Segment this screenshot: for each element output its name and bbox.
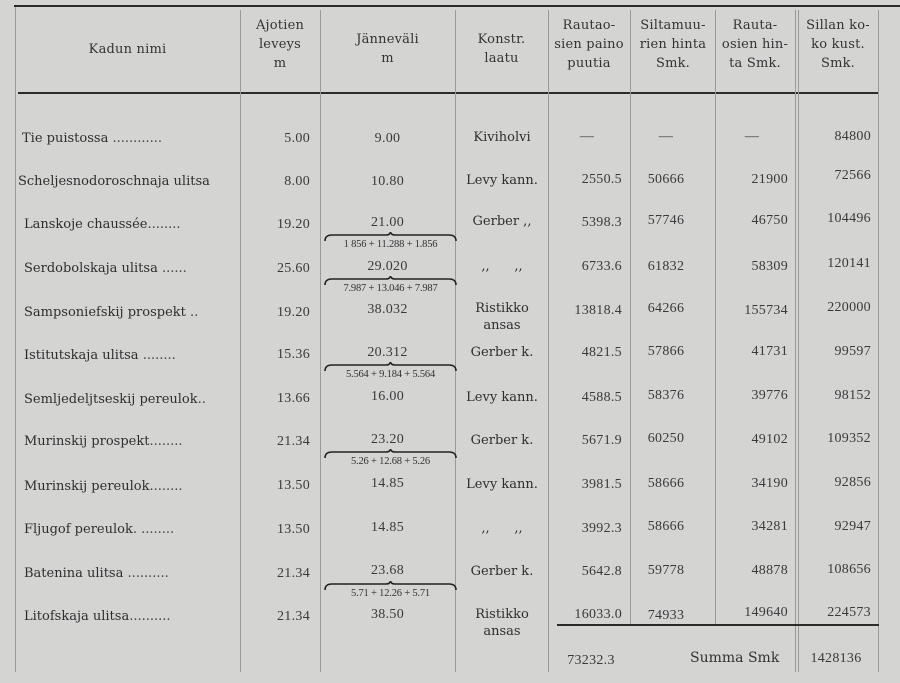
- street-name: Lanskoje chaussée: [24, 217, 148, 232]
- span-breakdown-brace: 5.26 + 12.68 + 5.26: [324, 449, 457, 473]
- header-line: m: [240, 54, 320, 73]
- span-cell: 14.85: [320, 475, 455, 493]
- leader-dots: ..........: [123, 566, 168, 581]
- scanned-table-page: Kadun nimi Ajotien leveys m Jänneväli m …: [0, 0, 900, 683]
- street-name-cell: Sampsoniefskij prospekt ..: [24, 304, 239, 322]
- span-cell: 16.00: [320, 388, 455, 406]
- roadway-width-cell: 25.60: [240, 260, 310, 278]
- roadway-width-cell: 13.50: [240, 521, 310, 539]
- span-cell: 10.80: [320, 173, 455, 191]
- iron-cost-cell: 46750: [716, 212, 788, 230]
- leader-dots: ........: [139, 348, 176, 363]
- construction-type-line: Ristikko: [456, 606, 548, 623]
- wall-cost-cell: 61832: [630, 258, 702, 276]
- span-cell: 20.312: [320, 344, 455, 362]
- span-cell: 23.68: [320, 562, 455, 580]
- roadway-width-cell: 15.36: [240, 346, 310, 364]
- header-wall-cost: Siltamuu- rien hinta Smk.: [628, 16, 718, 73]
- iron-cost-cell: 34190: [716, 475, 788, 493]
- street-name: Scheljesnodoroschnaja ulitsa: [18, 174, 210, 189]
- total-cost-cell: 98152: [797, 387, 871, 405]
- grand-total-cost: 1428136: [800, 650, 872, 668]
- header-street-name: Kadun nimi: [15, 40, 240, 59]
- construction-type-cell: Kiviholvi: [456, 129, 548, 146]
- street-name-cell: Murinskij pereulok........: [24, 478, 239, 496]
- construction-type-line: Gerber k.: [456, 432, 548, 449]
- wall-cost-cell: 59778: [630, 562, 702, 580]
- street-name: Murinskij pereulok: [24, 479, 149, 494]
- wall-cost-cell: 57746: [630, 212, 702, 230]
- header-line: Rauta-: [713, 16, 797, 35]
- construction-type-line: Ristikko: [456, 300, 548, 317]
- street-name-cell: Scheljesnodoroschnaja ulitsa: [18, 173, 233, 191]
- iron-cost-cell: 34281: [716, 518, 788, 536]
- roadway-width-cell: 19.20: [240, 304, 310, 322]
- header-line: puutia: [544, 54, 634, 73]
- construction-type-line: Gerber k.: [456, 344, 548, 361]
- street-name: Murinskij prospekt: [24, 434, 149, 449]
- header-rule: [18, 92, 878, 94]
- header-line: laatu: [455, 49, 548, 68]
- span-parts: 5.564 + 9.184 + 5.564: [324, 369, 457, 380]
- leader-dots: ..: [186, 305, 198, 320]
- span-cell: 14.85: [320, 519, 455, 537]
- iron-weight-cell: 13818.4: [548, 302, 622, 320]
- construction-type-cell: Gerber ,,: [456, 213, 548, 230]
- street-name-cell: Serdobolskaja ulitsa ......: [24, 260, 239, 278]
- total-cost-cell: 220000: [797, 299, 871, 317]
- iron-cost-cell: 41731: [716, 343, 788, 361]
- construction-type-cell: Levy kann.: [456, 389, 548, 406]
- wall-cost-cell: 60250: [630, 430, 702, 448]
- street-name: Fljugof pereulok: [24, 522, 133, 537]
- total-cost-cell: 108656: [797, 561, 871, 579]
- span-parts: 5.26 + 12.68 + 5.26: [324, 456, 457, 467]
- total-cost-cell: 120141: [797, 255, 871, 273]
- total-cost-cell: 99597: [797, 343, 871, 361]
- iron-weight-cell: 6733.6: [548, 258, 622, 276]
- header-line: Konstr.: [455, 30, 548, 49]
- iron-cost-cell: 21900: [716, 171, 788, 189]
- roadway-width-cell: 13.50: [240, 477, 310, 495]
- roadway-width-cell: 5.00: [240, 130, 310, 148]
- wall-cost-cell: 50666: [630, 171, 702, 189]
- construction-type-line: Levy kann.: [456, 476, 548, 493]
- iron-cost-cell: 155734: [716, 302, 788, 320]
- header-line: Jänneväli: [320, 30, 455, 49]
- totals-rule: [557, 624, 879, 626]
- street-name-cell: Lanskoje chaussée........: [24, 216, 239, 234]
- wall-cost-cell: 58376: [630, 387, 702, 405]
- construction-type-line: ansas: [456, 317, 548, 334]
- iron-weight-cell: 5671.9: [548, 432, 622, 450]
- wall-cost-cell: 57866: [630, 343, 702, 361]
- street-name: Serdobolskaja ulitsa: [24, 261, 158, 276]
- construction-type-line: Gerber ,,: [456, 213, 548, 230]
- street-name: Tie puistossa: [22, 131, 108, 146]
- construction-type-cell: Gerber k.: [456, 344, 548, 361]
- construction-type-cell: Levy kann.: [456, 476, 548, 493]
- span-cell: 38.50: [320, 606, 455, 624]
- wall-cost-cell: 74933: [630, 607, 702, 625]
- iron-cost-cell: 58309: [716, 258, 788, 276]
- wall-cost-cell: —: [630, 128, 702, 146]
- street-name-cell: Murinskij prospekt........: [24, 433, 239, 451]
- total-cost-cell: 109352: [797, 430, 871, 448]
- leader-dots: . ........: [133, 522, 174, 537]
- total-cost-cell: 72566: [797, 167, 871, 185]
- header-construction-type: Konstr. laatu: [455, 30, 548, 68]
- span-parts: 5.71 + 12.26 + 5.71: [324, 588, 457, 599]
- roadway-width-cell: 19.20: [240, 216, 310, 234]
- construction-type-line: ,, ,,: [456, 520, 548, 537]
- street-name: Istitutskaja ulitsa: [24, 348, 139, 363]
- column-divider: [878, 10, 879, 672]
- construction-type-cell: Gerber k.: [456, 432, 548, 449]
- leader-dots: ......: [158, 261, 187, 276]
- construction-type-line: Kiviholvi: [456, 129, 548, 146]
- iron-weight-cell: 4821.5: [548, 344, 622, 362]
- leader-dots: ........: [148, 217, 181, 232]
- span-cell: 9.00: [320, 130, 455, 148]
- total-iron-weight: 73232.3: [556, 652, 626, 670]
- leader-dots: ........: [149, 479, 182, 494]
- header-line: Smk.: [628, 54, 718, 73]
- street-name-cell: Fljugof pereulok. ........: [24, 521, 239, 539]
- span-breakdown-brace: 1 856 + 11.288 + 1.856: [324, 232, 457, 256]
- wall-cost-cell: 58666: [630, 518, 702, 536]
- top-rule: [14, 5, 900, 7]
- street-name-cell: Semljedeljtseskij pereulok..: [24, 391, 239, 409]
- header-line: sien paino: [544, 35, 634, 54]
- header-line: Sillan ko-: [795, 16, 881, 35]
- header-iron-weight: Rautao- sien paino puutia: [544, 16, 634, 73]
- construction-type-cell: Gerber k.: [456, 563, 548, 580]
- header-label: Kadun nimi: [89, 42, 167, 57]
- leader-dots: ........: [149, 434, 182, 449]
- construction-type-line: ,, ,,: [456, 258, 548, 275]
- wall-cost-cell: 58666: [630, 475, 702, 493]
- iron-weight-cell: 4588.5: [548, 389, 622, 407]
- header-line: ta Smk.: [713, 54, 797, 73]
- iron-weight-cell: 5642.8: [548, 563, 622, 581]
- construction-type-cell: ,, ,,: [456, 258, 548, 275]
- construction-type-cell: Levy kann.: [456, 172, 548, 189]
- total-cost-cell: 92947: [797, 518, 871, 536]
- header-iron-cost: Rauta- osien hin- ta Smk.: [713, 16, 797, 73]
- header-line: Smk.: [795, 54, 881, 73]
- leader-dots: ..: [198, 392, 206, 407]
- header-line: Siltamuu-: [628, 16, 718, 35]
- roadway-width-cell: 8.00: [240, 173, 310, 191]
- wall-cost-cell: 64266: [630, 300, 702, 318]
- street-name: Batenina ulitsa: [24, 566, 123, 581]
- total-cost-cell: 224573: [797, 604, 871, 622]
- span-cell: 38.032: [320, 301, 455, 319]
- street-name-cell: Tie puistossa ............: [22, 130, 237, 148]
- header-span: Jänneväli m: [320, 30, 455, 68]
- street-name-cell: Istitutskaja ulitsa ........: [24, 347, 239, 365]
- iron-weight-cell: 3981.5: [548, 476, 622, 494]
- construction-type-cell: ,, ,,: [456, 520, 548, 537]
- header-total-cost: Sillan ko- ko kust. Smk.: [795, 16, 881, 73]
- header-line: rien hinta: [628, 35, 718, 54]
- header-roadway-width: Ajotien leveys m: [240, 16, 320, 73]
- span-cell: 23.20: [320, 431, 455, 449]
- iron-cost-cell: 49102: [716, 431, 788, 449]
- header-line: ko kust.: [795, 35, 881, 54]
- span-breakdown-brace: 5.564 + 9.184 + 5.564: [324, 362, 457, 386]
- roadway-width-cell: 21.34: [240, 608, 310, 626]
- header-line: Rautao-: [544, 16, 634, 35]
- header-line: Ajotien: [240, 16, 320, 35]
- header-line: osien hin-: [713, 35, 797, 54]
- iron-cost-cell: 48878: [716, 562, 788, 580]
- street-name: Semljedeljtseskij pereulok: [24, 392, 198, 407]
- totals-label: Summa Smk: [690, 650, 779, 666]
- construction-type-line: ansas: [456, 623, 548, 640]
- header-line: leveys: [240, 35, 320, 54]
- construction-type-line: Gerber k.: [456, 563, 548, 580]
- total-cost-cell: 84800: [797, 128, 871, 146]
- total-cost-cell: 92856: [797, 474, 871, 492]
- construction-type-cell: Ristikko ansas: [456, 300, 548, 334]
- street-name-cell: Batenina ulitsa ..........: [24, 565, 239, 583]
- header-line: m: [320, 49, 455, 68]
- roadway-width-cell: 13.66: [240, 390, 310, 408]
- iron-weight-cell: 2550.5: [548, 171, 622, 189]
- span-parts: 1 856 + 11.288 + 1.856: [324, 239, 457, 250]
- iron-cost-cell: 39776: [716, 387, 788, 405]
- iron-cost-cell: —: [716, 128, 788, 146]
- roadway-width-cell: 21.34: [240, 565, 310, 583]
- iron-weight-cell: 16033.0: [548, 606, 622, 624]
- leader-dots: ............: [108, 131, 162, 146]
- span-breakdown-brace: 7.987 + 13.046 + 7.987: [324, 276, 457, 300]
- span-parts: 7.987 + 13.046 + 7.987: [324, 283, 457, 294]
- street-name: Litofskaja ulitsa: [24, 609, 129, 624]
- leader-dots: ..........: [129, 609, 170, 624]
- street-name-cell: Litofskaja ulitsa..........: [24, 608, 239, 626]
- iron-cost-cell: 149640: [716, 604, 788, 622]
- iron-weight-cell: 3992.3: [548, 520, 622, 538]
- construction-type-line: Levy kann.: [456, 389, 548, 406]
- span-breakdown-brace: 5.71 + 12.26 + 5.71: [324, 581, 457, 605]
- street-name: Sampsoniefskij prospekt: [24, 305, 186, 320]
- construction-type-cell: Ristikko ansas: [456, 606, 548, 640]
- iron-weight-cell: —: [556, 128, 618, 146]
- iron-weight-cell: 5398.3: [548, 214, 622, 232]
- roadway-width-cell: 21.34: [240, 433, 310, 451]
- column-divider: [15, 7, 16, 672]
- span-cell: 29.020: [320, 258, 455, 276]
- span-cell: 21.00: [320, 214, 455, 232]
- column-divider: [795, 10, 796, 672]
- total-cost-cell: 104496: [797, 210, 871, 228]
- construction-type-line: Levy kann.: [456, 172, 548, 189]
